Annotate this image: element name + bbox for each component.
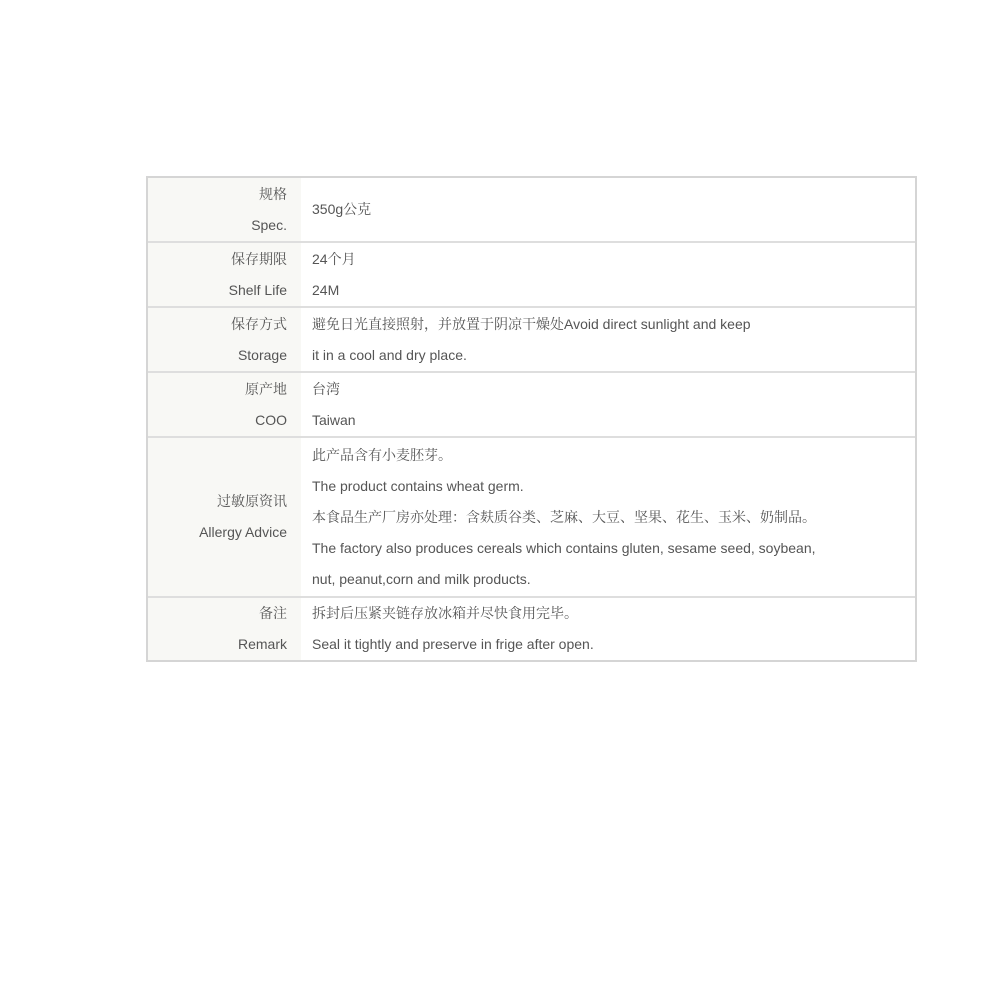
value-line: 350g公克 (312, 194, 909, 225)
value-line: 此产品含有小麦胚芽。 (312, 440, 909, 471)
row-label-zh: 备注 (259, 598, 287, 629)
value-line: 避免日光直接照射，并放置于阴凉干燥处Avoid direct sunlight … (312, 309, 909, 340)
table-row-coo: 原产地 COO 台湾 Taiwan (148, 373, 915, 438)
row-value-allergy-advice: 此产品含有小麦胚芽。 The product contains wheat ge… (301, 438, 915, 596)
row-value-storage: 避免日光直接照射，并放置于阴凉干燥处Avoid direct sunlight … (301, 308, 915, 371)
value-line: 24M (312, 275, 909, 306)
row-value-spec: 350g公克 (301, 178, 915, 241)
row-label-en: Storage (238, 340, 287, 371)
row-label-en: COO (255, 405, 287, 436)
row-label-remark: 备注 Remark (148, 598, 301, 660)
row-label-allergy-advice: 过敏原资讯 Allergy Advice (148, 438, 301, 596)
row-label-zh: 过敏原资讯 (217, 486, 287, 517)
table-row-spec: 规格 Spec. 350g公克 (148, 178, 915, 243)
row-value-remark: 拆封后压紧夹链存放冰箱并尽快食用完毕。 Seal it tightly and … (301, 598, 915, 660)
table-row-remark: 备注 Remark 拆封后压紧夹链存放冰箱并尽快食用完毕。 Seal it ti… (148, 598, 915, 660)
row-label-zh: 规格 (259, 179, 287, 210)
row-label-zh: 保存方式 (231, 309, 287, 340)
row-label-spec: 规格 Spec. (148, 178, 301, 241)
row-value-shelf-life: 24个月 24M (301, 243, 915, 306)
row-label-en: Remark (238, 629, 287, 660)
value-line: 拆封后压紧夹链存放冰箱并尽快食用完毕。 (312, 598, 909, 629)
row-value-coo: 台湾 Taiwan (301, 373, 915, 436)
value-line: nut, peanut,corn and milk products. (312, 564, 909, 595)
value-line: Taiwan (312, 405, 909, 436)
row-label-en: Allergy Advice (199, 517, 287, 548)
value-line: The factory also produces cereals which … (312, 533, 909, 564)
value-line: The product contains wheat germ. (312, 471, 909, 502)
table-row-allergy-advice: 过敏原资讯 Allergy Advice 此产品含有小麦胚芽。 The prod… (148, 438, 915, 598)
value-line: 台湾 (312, 374, 909, 405)
row-label-zh: 原产地 (245, 374, 287, 405)
value-line: it in a cool and dry place. (312, 340, 909, 371)
row-label-zh: 保存期限 (231, 244, 287, 275)
table-row-shelf-life: 保存期限 Shelf Life 24个月 24M (148, 243, 915, 308)
product-spec-table: 规格 Spec. 350g公克 保存期限 Shelf Life 24个月 24M… (146, 176, 917, 662)
value-line: 本食品生产厂房亦处理：含麸质谷类、芝麻、大豆、坚果、花生、玉米、奶制品。 (312, 502, 909, 533)
row-label-shelf-life: 保存期限 Shelf Life (148, 243, 301, 306)
row-label-coo: 原产地 COO (148, 373, 301, 436)
value-line: 24个月 (312, 244, 909, 275)
row-label-en: Shelf Life (229, 275, 287, 306)
row-label-storage: 保存方式 Storage (148, 308, 301, 371)
table-row-storage: 保存方式 Storage 避免日光直接照射，并放置于阴凉干燥处Avoid dir… (148, 308, 915, 373)
row-label-en: Spec. (251, 210, 287, 241)
value-line: Seal it tightly and preserve in frige af… (312, 629, 909, 660)
